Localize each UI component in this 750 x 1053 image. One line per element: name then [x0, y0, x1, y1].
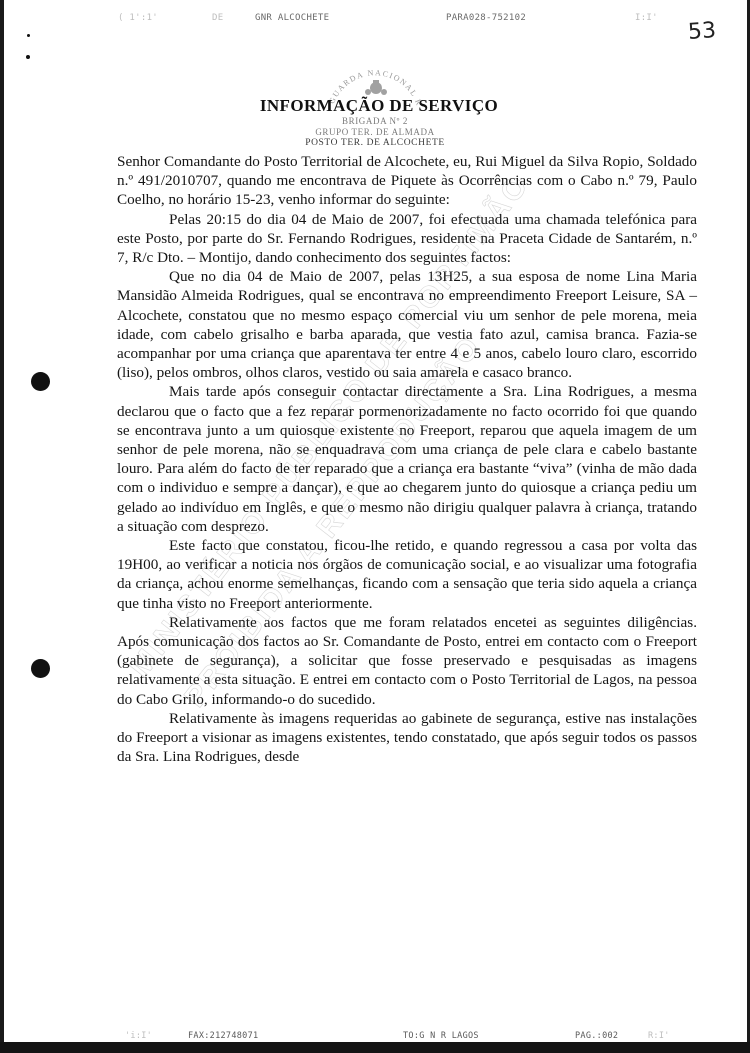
punch-mark-small — [26, 55, 30, 59]
handwritten-page-number: 53 — [687, 18, 717, 45]
fax-header-fax-number: PARA028-752102 — [446, 13, 526, 23]
fax-footer-page: PAG.:002 — [575, 1031, 618, 1041]
fax-footer-fax-to: TO:G N R LAGOS — [403, 1031, 479, 1041]
punch-mark-small — [27, 34, 30, 37]
stamp-group: GRUPO TER. DE ALMADA — [0, 127, 750, 137]
paragraph-cctv-review: Relativamente às imagens requeridas ao g… — [117, 709, 697, 767]
fax-footer: 'i:I' FAX:212748071 TO:G N R LAGOS PAG.:… — [0, 1031, 750, 1043]
document-title: INFORMAÇÃO DE SERVIÇO — [0, 96, 750, 116]
punch-hole-mark — [31, 659, 50, 678]
stamp-brigade: BRIGADA Nº 2 — [0, 116, 750, 126]
fax-header-left-fragment: ( 1':1' — [118, 13, 158, 23]
fax-header-right-fragment: I:I' — [635, 13, 658, 23]
scan-bottom-border — [0, 1042, 750, 1053]
fax-header-code: DE — [212, 13, 223, 23]
fax-header: ( 1':1' DE GNR ALCOCHETE PARA028-752102 … — [0, 13, 750, 27]
fax-header-sender: GNR ALCOCHETE — [255, 13, 329, 23]
stamp-post: POSTO TER. DE ALCOCHETE — [0, 138, 750, 148]
punch-hole-mark — [31, 372, 50, 391]
paragraph-intro: Senhor Comandante do Posto Territorial d… — [117, 152, 697, 210]
paragraph-phone-call: Pelas 20:15 do dia 04 de Maio de 2007, f… — [117, 210, 697, 268]
scan-left-border — [0, 0, 4, 1053]
fax-footer-fax-from: FAX:212748071 — [188, 1031, 258, 1041]
fax-footer-left-fragment: 'i:I' — [125, 1031, 152, 1041]
fax-footer-right-fragment: R:I' — [648, 1031, 670, 1041]
